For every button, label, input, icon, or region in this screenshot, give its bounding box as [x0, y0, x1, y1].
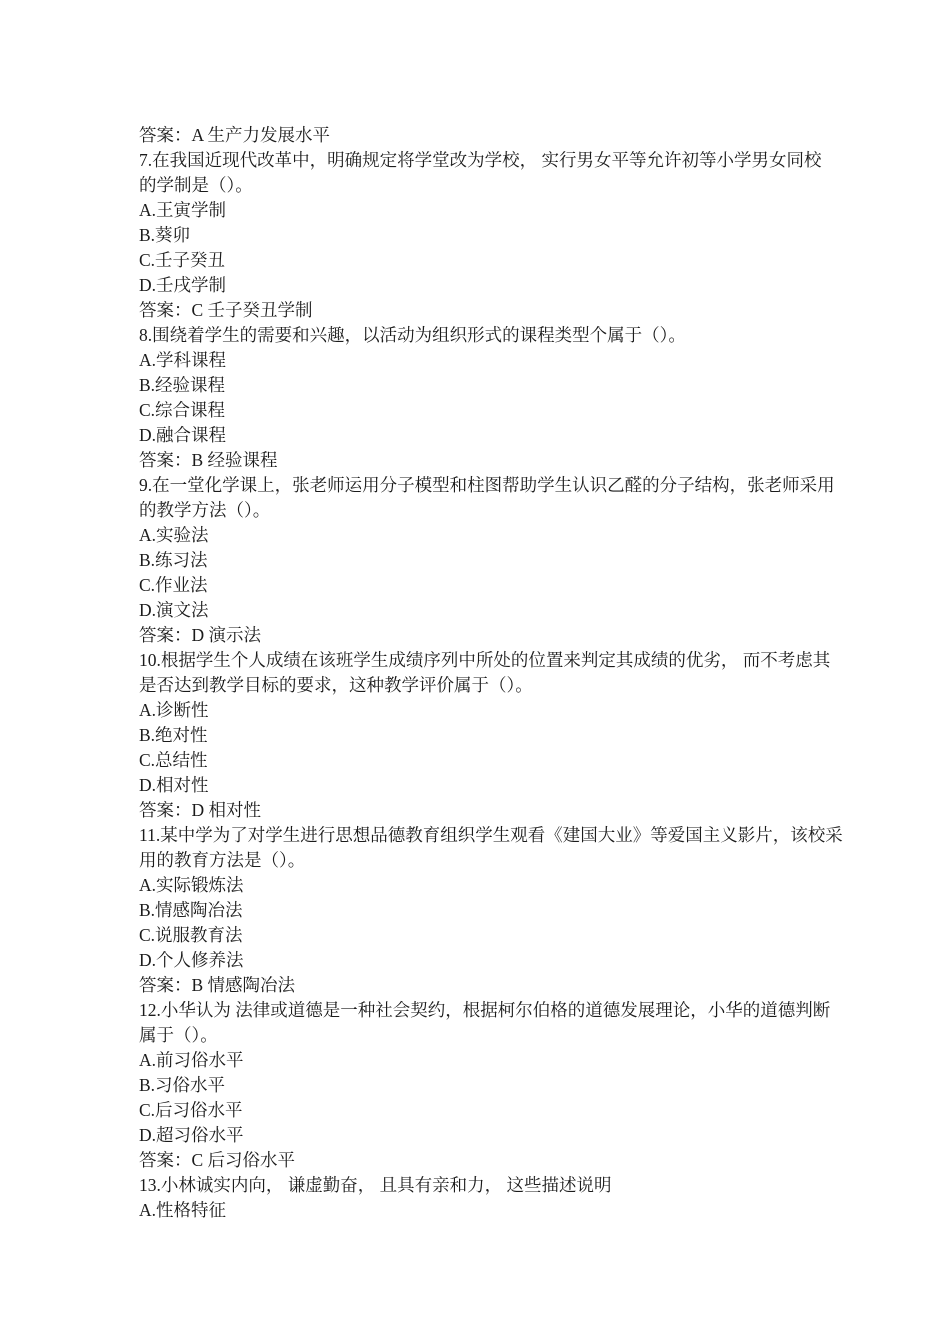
- option-line: D.融合课程: [139, 423, 822, 448]
- exam-page: 答案：A 生产力发展水平7.在我国近现代改革中，明确规定将学堂改为学校， 实行男…: [0, 0, 950, 1344]
- option-line: B.习俗水平: [139, 1073, 822, 1098]
- option-line: C.后习俗水平: [139, 1098, 822, 1123]
- option-line: D.个人修养法: [139, 948, 822, 973]
- question-text-line: 8.围绕着学生的需要和兴趣，以活动为组织形式的课程类型个属于（）。: [139, 323, 822, 348]
- question-text-line: 9.在一堂化学课上，张老师运用分子模型和柱图帮助学生认识乙醛的分子结构，张老师采…: [139, 473, 822, 498]
- option-line: C.总结性: [139, 748, 822, 773]
- option-line: B.情感陶冶法: [139, 898, 822, 923]
- option-line: D.超习俗水平: [139, 1123, 822, 1148]
- option-line: A.学科课程: [139, 348, 822, 373]
- question-text-line: 11.某中学为了对学生进行思想品德教育组织学生观看《建国大业》等爱国主义影片，该…: [139, 823, 822, 848]
- answer-line: 答案：B 情感陶冶法: [139, 973, 822, 998]
- answer-line: 答案：B 经验课程: [139, 448, 822, 473]
- question-text-line: 12.小华认为 法律或道德是一种社会契约，根据柯尔伯格的道德发展理论，小华的道德…: [139, 998, 822, 1023]
- option-line: D.演文法: [139, 598, 822, 623]
- option-line: B.练习法: [139, 548, 822, 573]
- option-line: A.前习俗水平: [139, 1048, 822, 1073]
- answer-line: 答案：C 壬子癸丑学制: [139, 298, 822, 323]
- answer-line: 答案：D 相对性: [139, 798, 822, 823]
- option-line: D.相对性: [139, 773, 822, 798]
- option-line: B.经验课程: [139, 373, 822, 398]
- question-text-line: 10.根据学生个人成绩在该班学生成绩序列中所处的位置来判定其成绩的优劣， 而不考…: [139, 648, 822, 673]
- question-text-line: 用的教育方法是（）。: [139, 848, 822, 873]
- question-text-line: 13.小林诚实内向， 谦虚勤奋， 且具有亲和力， 这些描述说明: [139, 1173, 822, 1198]
- question-text-line: 属于（）。: [139, 1023, 822, 1048]
- question-text-line: 是否达到教学目标的要求，这种教学评价属于（）。: [139, 673, 822, 698]
- option-line: D.壬戌学制: [139, 273, 822, 298]
- option-line: A.诊断性: [139, 698, 822, 723]
- question-text-line: 的学制是（）。: [139, 173, 822, 198]
- answer-line: 答案：A 生产力发展水平: [139, 123, 822, 148]
- option-line: B.葵卯: [139, 223, 822, 248]
- answer-line: 答案：D 演示法: [139, 623, 822, 648]
- option-line: A.实际锻炼法: [139, 873, 822, 898]
- question-text-line: 7.在我国近现代改革中，明确规定将学堂改为学校， 实行男女平等允许初等小学男女同…: [139, 148, 822, 173]
- question-text-line: 的教学方法（）。: [139, 498, 822, 523]
- option-line: A.性格特征: [139, 1198, 822, 1223]
- option-line: A.实验法: [139, 523, 822, 548]
- option-line: C.壬子癸丑: [139, 248, 822, 273]
- option-line: C.说服教育法: [139, 923, 822, 948]
- option-line: A.王寅学制: [139, 198, 822, 223]
- option-line: C.综合课程: [139, 398, 822, 423]
- answer-line: 答案：C 后习俗水平: [139, 1148, 822, 1173]
- option-line: C.作业法: [139, 573, 822, 598]
- option-line: B.绝对性: [139, 723, 822, 748]
